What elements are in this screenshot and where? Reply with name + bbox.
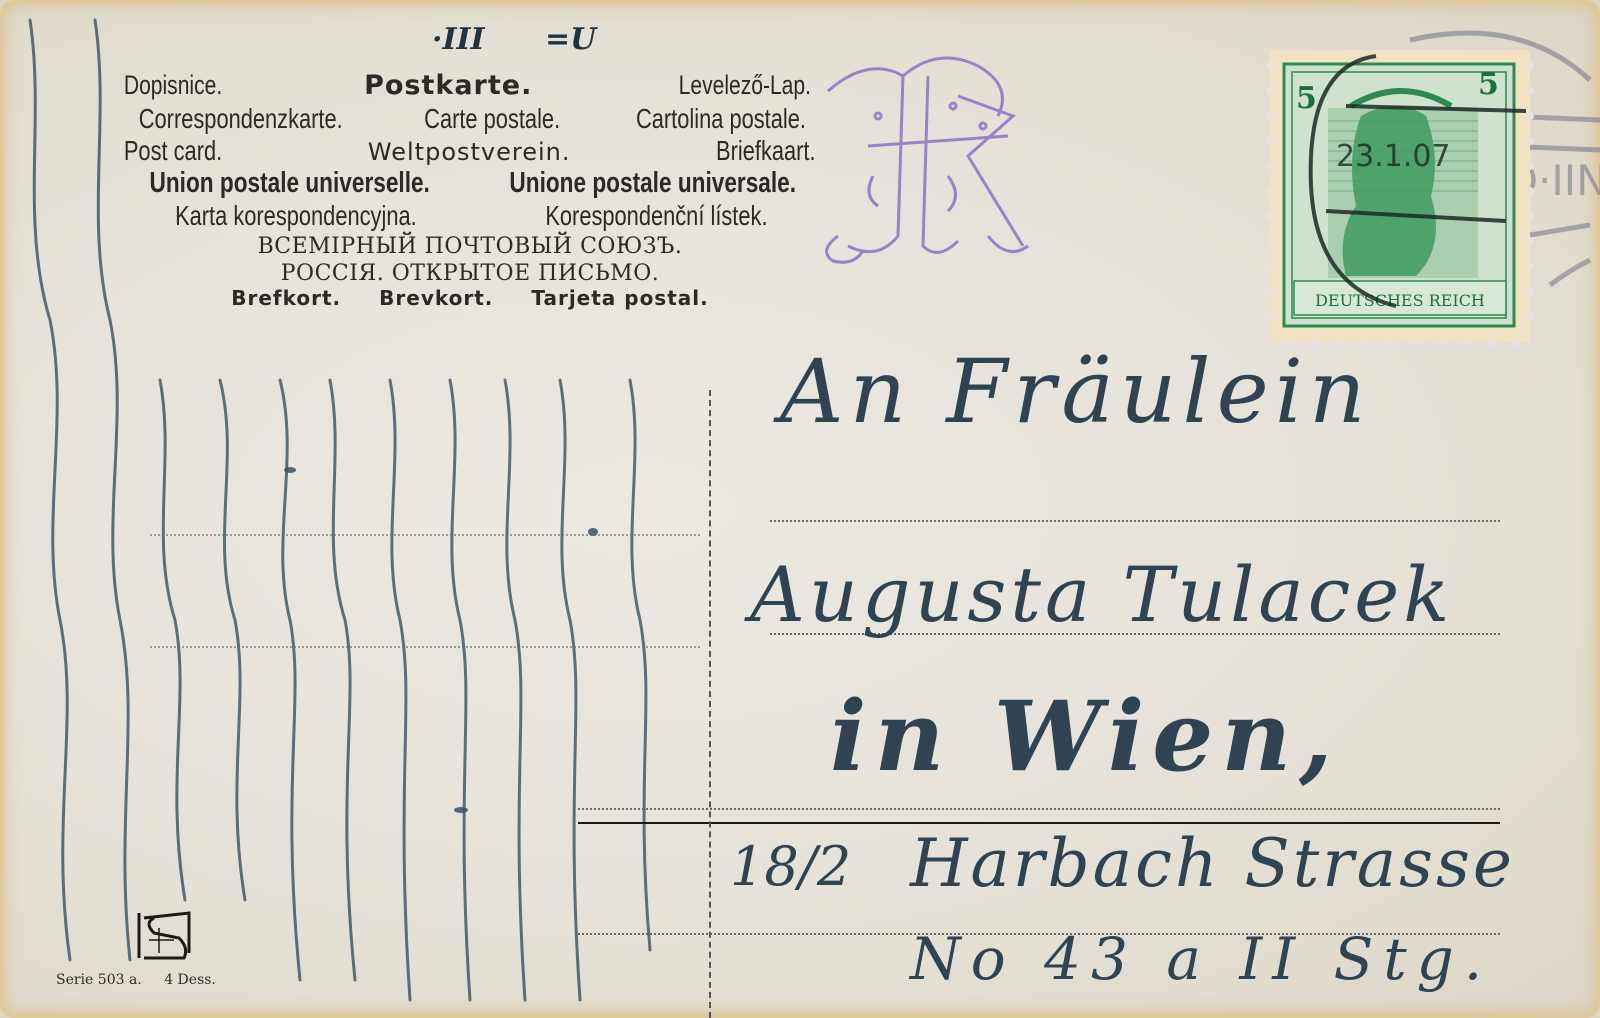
header-text: Tarjeta postal.	[531, 286, 708, 310]
postcard: ·III =U Dopisnice. Postkarte. Levelező-L…	[0, 0, 1600, 1018]
publisher-footer: Serie 503 a. 4 Dess.	[56, 972, 234, 988]
header-row-1: Dopisnice. Postkarte. Levelező-Lap.	[110, 70, 830, 101]
stamp-denomination-right: 5	[1478, 67, 1499, 102]
pencil-marks: ·III =U	[432, 22, 646, 57]
header-row-2: Correspondenzkarte. Carte postale. Carto…	[110, 103, 830, 135]
pencil-mark-left: ·III	[432, 22, 485, 57]
postcard-header: Dopisnice. Postkarte. Levelező-Lap. Corr…	[110, 70, 830, 310]
address-line-number: No 43 a II Stg.	[910, 925, 1492, 993]
pencil-mark-right: =U	[545, 22, 596, 57]
header-text: Dopisnice.	[124, 70, 222, 101]
header-text: ВСЕМІРНЫЙ ПОЧТОВЫЙ СОЮЗЪ.	[258, 234, 683, 259]
header-row-8: Brefkort. Brevkort. Tarjeta postal.	[110, 286, 830, 310]
message-line-1	[150, 534, 700, 536]
publisher-logo-icon	[134, 908, 194, 963]
recipient-address: An Fräulein Augusta Tulacek in Wien, 18/…	[740, 260, 1600, 1018]
message-line-2	[150, 646, 700, 648]
address-line-name: Augusta Tulacek	[750, 550, 1453, 639]
design-count: 4 Dess.	[164, 972, 216, 988]
series-number: Serie 503 a.	[56, 972, 142, 988]
stamp-denomination-left: 5	[1296, 81, 1317, 116]
header-text: Cartolina postale.	[636, 103, 806, 135]
monogram-stamp-icon	[808, 36, 1030, 266]
header-row-5: Karta korespondencyjna. Korespondenční l…	[110, 200, 830, 232]
header-row-3: Post card. Weltpostverein. Briefkaart.	[110, 135, 830, 167]
header-text: Post card.	[124, 135, 222, 167]
address-apartment-fraction: 18/2	[730, 835, 851, 898]
header-text: РОССІЯ. ОТКРЫТОЕ ПИСЬМО.	[281, 261, 659, 286]
header-text: Karta korespondencyjna.	[175, 200, 417, 232]
header-text: Brefkort.	[231, 286, 341, 310]
header-row-7: РОССІЯ. ОТКРЫТОЕ ПИСЬМО.	[110, 261, 830, 286]
header-text: Korespondenční lístek.	[545, 200, 767, 232]
address-line-salutation: An Fräulein	[780, 340, 1372, 443]
postmark-date: 23.1.07	[1336, 139, 1451, 174]
header-text: Levelező-Lap.	[679, 70, 811, 101]
header-row-4: Union postale universelle. Unione postal…	[110, 167, 830, 200]
header-title: Postkarte.	[364, 70, 532, 101]
header-text: Correspondenzkarte.	[139, 103, 343, 135]
address-line-city: in Wien,	[830, 680, 1341, 793]
header-text: Carte postale.	[424, 103, 560, 135]
header-text: Union postale universelle.	[150, 167, 430, 200]
header-text: Unione postale universale.	[510, 167, 797, 200]
header-text: Brevkort.	[379, 286, 493, 310]
divider-line	[709, 390, 711, 1018]
header-text: Weltpostverein.	[368, 138, 571, 166]
address-line-street: Harbach Strasse	[910, 825, 1515, 902]
header-row-6: ВСЕМІРНЫЙ ПОЧТОВЫЙ СОЮЗЪ.	[110, 234, 830, 259]
header-text: Briefkaart.	[716, 135, 816, 167]
